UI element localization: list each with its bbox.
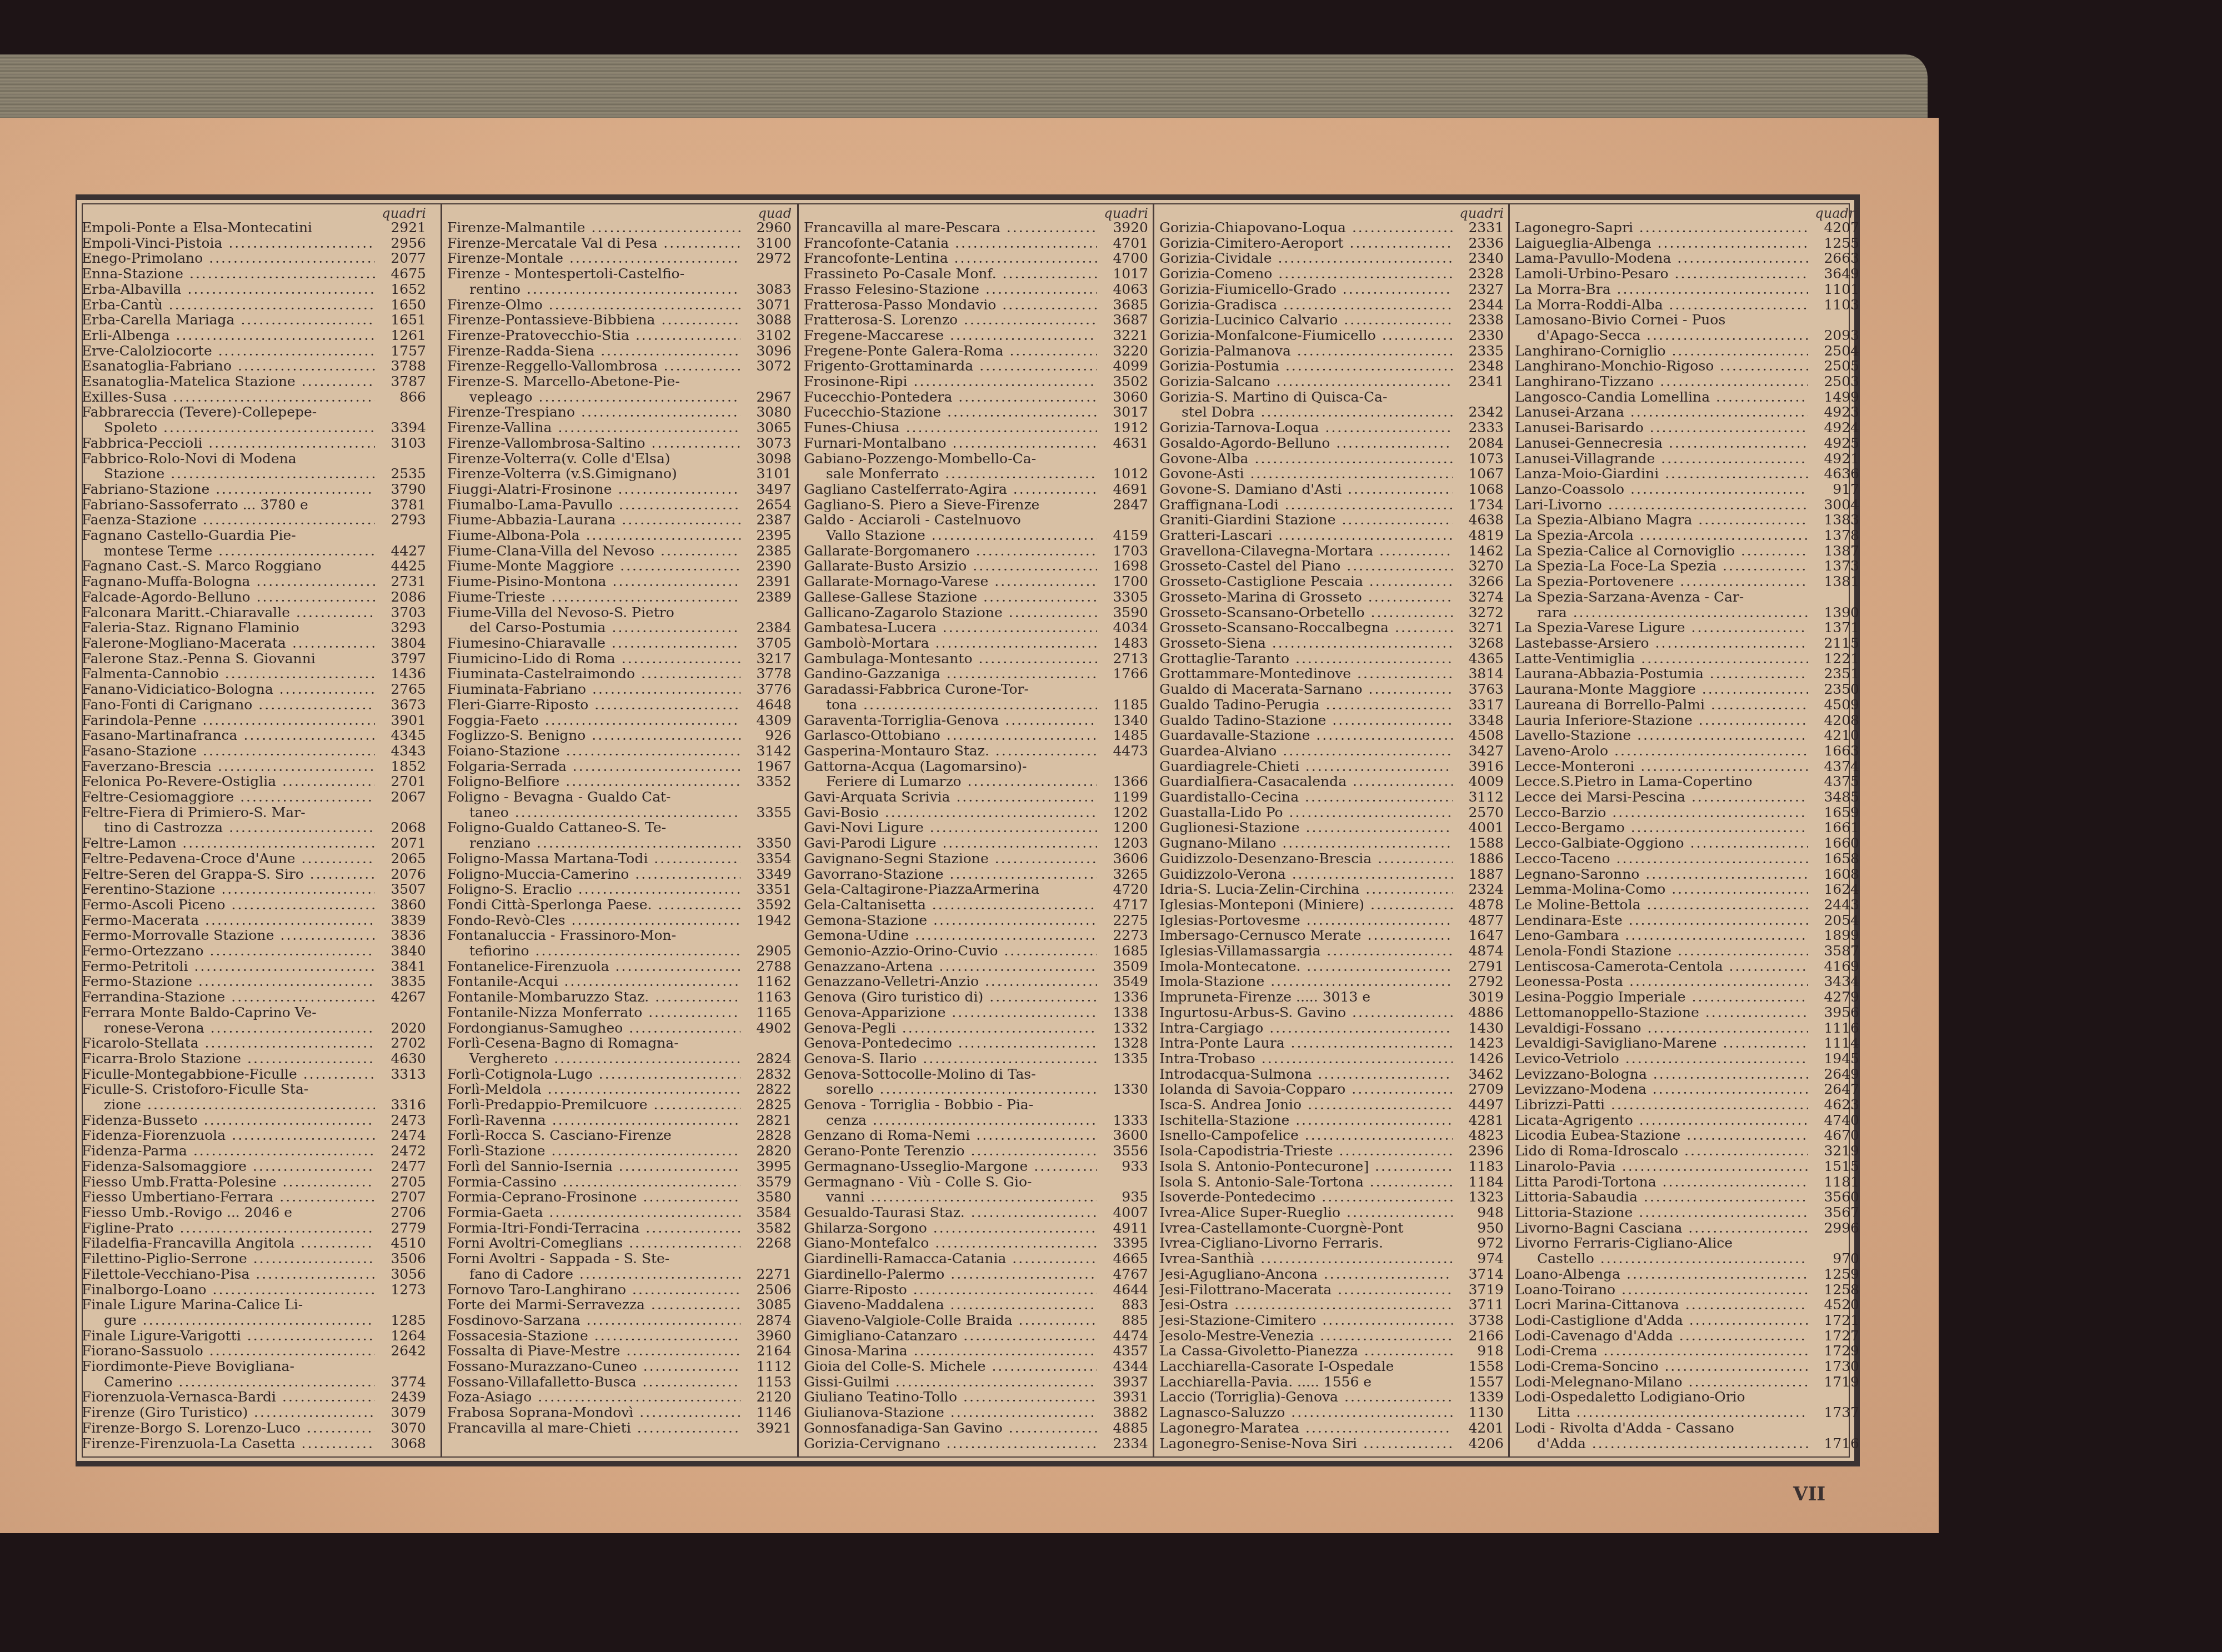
entry-table-number: 2164 [740,1343,795,1359]
index-entry: Lanusei-Villagrande4921 [1515,451,1863,467]
entry-table-number: 2344 [1453,297,1507,313]
entry-table-number: 2334 [1097,1436,1152,1451]
entry-route-name: gure [82,1313,375,1328]
index-entry: Spoleto3394 [82,420,429,435]
index-entry: Guardea-Alviano3427 [1159,743,1507,759]
entry-table-number: 2120 [740,1389,795,1405]
entry-table-number: 3814 [1453,666,1507,682]
index-entry: Forni Avoltri-Comeglians2268 [447,1235,795,1251]
index-entry: Ischitella-Stazione4281 [1159,1113,1507,1128]
page-stack-edges [0,54,1928,122]
index-entry: Fidenza-Salsomaggiore2477 [82,1159,429,1174]
entry-route-name: Fossacesia-Stazione [447,1328,740,1344]
entry-table-number: 4345 [375,728,429,743]
entry-table-number: 2821 [740,1113,795,1128]
entry-route-name: Erve-Calolziocorte [82,343,375,359]
index-entry: Isnello-Campofelice4823 [1159,1128,1507,1143]
index-entry: Ficarolo-Stellata2702 [82,1035,429,1051]
entry-route-name: Gorizia-Chiapovano-Loqua [1159,220,1453,236]
index-entry: Imola-Stazione2792 [1159,974,1507,989]
entry-route-name: Furnari-Montalbano [804,435,1097,451]
entry-table-number: 3901 [375,713,429,728]
entry-route-name: Foglizzo-S. Benigno [447,728,740,743]
entry-route-name: Livorno Ferraris-Cigliano-Alice [1515,1235,1808,1251]
entry-route-name: Fratterosa-Passo Mondavio [804,297,1097,313]
entry-route-name: fano di Cadore [447,1266,740,1282]
entry-route-name: Fiorenzuola-Vernasca-Bardi [82,1389,375,1405]
entry-route-name: Ghilarza-Sorgono [804,1220,1097,1236]
index-entry: Firenze-Pratovecchio-Stia3102 [447,328,795,343]
entry-table-number: 3265 [1097,867,1152,882]
index-entry: Gorizia-Gradisca2344 [1159,297,1507,313]
entry-table-number: 3080 [740,404,795,420]
index-entry: Fiume-Abbazia-Laurana2387 [447,512,795,528]
entry-table-number: 1181 [1808,1174,1863,1190]
entry-route-name: Fiorano-Sassuolo [82,1343,375,1359]
index-entry: Graniti-Giardini Stazione4638 [1159,512,1507,528]
entry-table-number: 1330 [1097,1082,1152,1097]
entry-route-name: Laureana di Borrello-Palmi [1515,697,1808,713]
index-entry: Fregene-Ponte Galera-Roma3220 [804,343,1152,359]
index-entry: Gualdo Tadino-Stazione3348 [1159,713,1507,728]
entry-route-name: Fontanile-Mombaruzzo Staz. [447,989,740,1005]
entry-table-number: 2350 [1808,682,1863,697]
index-entry: Giaveno-Maddalena883 [804,1297,1152,1313]
entry-table-number: 1557 [1453,1374,1507,1390]
index-column-4: quadri Gorizia-Chiapovano-Loqua2331Goriz… [1159,207,1507,1451]
entry-route-name: Lodi-Cavenago d'Adda [1515,1328,1808,1344]
entry-table-number: 3220 [1097,343,1152,359]
entry-route-name: Forlì-Ravenna [447,1113,740,1128]
index-entry: Guidizzolo-Verona1887 [1159,867,1507,882]
index-entry: Formia-Itri-Fondi-Terracina3582 [447,1220,795,1236]
index-entry-continued: Foligno - Bevagna - Gualdo Cat- [447,789,795,805]
index-entry: Fontanile-Mombaruzzo Staz.1163 [447,989,795,1005]
index-entry: Jesi-Ostra3711 [1159,1297,1507,1313]
index-entry-continued: Fabbrareccia (Tevere)-Collepepe- [82,404,429,420]
entry-route-name: Fleri-Giarre-Riposto [447,697,740,713]
entry-route-name: Licodia Eubea-Stazione [1515,1128,1808,1143]
index-entry: Lemma-Molina-Como1624 [1515,882,1863,897]
entry-route-name: Fermo-Ascoli Piceno [82,897,375,913]
entry-route-name: Foligno - Bevagna - Gualdo Cat- [447,789,740,805]
index-entry: Formia-Ceprano-Frosinone3580 [447,1189,795,1205]
entry-route-name: Firenze-Montale [447,251,740,266]
entry-route-name: Giaveno-Valgiole-Colle Braida [804,1313,1097,1328]
index-entry: Fossacesia-Stazione3960 [447,1328,795,1344]
index-entry: Gesualdo-Taurasi Staz.4007 [804,1205,1152,1220]
entry-route-name: Gissi-Guilmi [804,1374,1097,1390]
entry-route-name: Feltre-Fiera di Primiero-S. Mar- [82,805,375,820]
index-entry: Foza-Asiago2120 [447,1389,795,1405]
index-entry: Falerone-Mogliano-Macerata3804 [82,635,429,651]
entry-route-name: Imbersago-Cernusco Merate [1159,928,1453,943]
entry-route-name: Giano-Montefalco [804,1235,1097,1251]
entry-route-name: Genazzano-Artena [804,959,1097,974]
index-entry: Frasso Felesino-Stazione4063 [804,282,1152,297]
index-entry: Erba-Cantù1650 [82,297,429,313]
index-entry: Furnari-Montalbano4631 [804,435,1152,451]
entry-table-number: 3096 [740,343,795,359]
entry-route-name: Fossalta di Piave-Mestre [447,1343,740,1359]
index-entry: Grosseto-Marina di Grosseto3274 [1159,589,1507,605]
entry-route-name: Guglionesi-Stazione [1159,820,1453,835]
index-entry: Fagnano-Muffa-Bologna2731 [82,574,429,589]
index-entry: Fontanile-Acqui1162 [447,974,795,989]
entry-table-number: 3100 [740,236,795,251]
index-entry: Gualdo di Macerata-Sarnano3763 [1159,682,1507,697]
index-entry: Lagonegro-Sapri4207 [1515,220,1863,236]
entry-route-name: Forni Avoltri-Comeglians [447,1235,740,1251]
index-entry: Fiumicino-Lido di Roma3217 [447,651,795,667]
index-entry: Fiume-Monte Maggiore2390 [447,558,795,574]
page-number: VII [1793,1483,1825,1505]
index-entry: Ghilarza-Sorgono4911 [804,1220,1152,1236]
entry-route-name: Laurana-Monte Maggiore [1515,682,1808,697]
index-entry: Iglesias-Villamassargia4874 [1159,943,1507,959]
entry-route-name: Gallarate-Mornago-Varese [804,574,1097,589]
entry-route-name: Lagonegro-Maratea [1159,1420,1453,1436]
entry-route-name: Forlì-Meldola [447,1082,740,1097]
entry-list: Lagonegro-Sapri4207Laigueglia-Albenga125… [1515,220,1863,1451]
index-entry: Firenze-Montale2972 [447,251,795,266]
entry-table-number: 2972 [740,251,795,266]
index-entry: Govone-Alba1073 [1159,451,1507,467]
index-entry: Imbersago-Cernusco Merate1647 [1159,928,1507,943]
entry-route-name: Forlì-Cotignola-Lugo [447,1067,740,1082]
index-entry: Forte dei Marmi-Serravezza3085 [447,1297,795,1313]
entry-route-name: Giulianova-Stazione [804,1405,1097,1420]
entry-route-name: Faleria-Staz. Rignano Flaminio [82,620,375,635]
index-entry: Loano-Albenga1259 [1515,1266,1863,1282]
entry-route-name: Ivrea-Santhià [1159,1251,1453,1266]
entry-route-name: Lettomanoppello-Stazione [1515,1005,1808,1020]
entry-route-name: Fontanile-Nizza Monferrato [447,1005,740,1020]
entry-table-number: 3088 [740,312,795,328]
index-entry-continued: Genova - Torriglia - Bobbio - Pia- [804,1097,1152,1113]
index-entry: Castello970 [1515,1251,1863,1266]
index-entry: Faverzano-Brescia1852 [82,759,429,774]
index-entry: Gandino-Gazzaniga1766 [804,666,1152,682]
entry-table-number: 3579 [740,1174,795,1190]
entry-table-number: 3580 [740,1189,795,1205]
index-entry: Gavi-Novi Ligure1200 [804,820,1152,835]
entry-table-number: 3268 [1453,635,1507,651]
entry-table-number: 2020 [375,1020,429,1036]
entry-table-number: 3271 [1453,620,1507,635]
entry-route-name: Gorizia-Postumia [1159,358,1453,374]
entry-route-name: La Spezia-Arcola [1515,528,1808,543]
entry-table-number: 2505 [1808,358,1863,374]
index-entry: Gualdo Tadino-Perugia3317 [1159,697,1507,713]
entry-table-number: 1659 [1808,805,1863,820]
column-divider [797,204,799,1456]
index-entry: Forlì-Cotignola-Lugo2832 [447,1067,795,1082]
index-entry: Finale Ligure-Varigotti1264 [82,1328,429,1344]
entry-route-name: Ficarra-Brolo Stazione [82,1051,375,1067]
index-entry: Fermo-Stazione3835 [82,974,429,989]
entry-table-number: 2793 [375,512,429,528]
entry-route-name: Grosseto-Marina di Grosseto [1159,589,1453,605]
index-entry: Gavi-Parodi Ligure1203 [804,835,1152,851]
index-entry: Gasperina-Montauro Staz.4473 [804,743,1152,759]
index-entry: Litta Parodi-Tortona1181 [1515,1174,1863,1190]
entry-route-name: Fabriano-Stazione [82,482,375,497]
entry-route-name: Falmenta-Cannobio [82,666,375,682]
index-entry: Lecce-Monteroni4374 [1515,759,1863,774]
entry-route-name: Librizzi-Patti [1515,1097,1808,1113]
index-entry: Giaveno-Valgiole-Colle Braida885 [804,1313,1152,1328]
index-entry: Isca-S. Andrea Jonio4497 [1159,1097,1507,1113]
entry-route-name: Fossano-Murazzano-Cuneo [447,1359,740,1374]
entry-route-name: Feltre-Lamon [82,835,375,851]
entry-route-name: Ficulle-Montegabbione-Ficulle [82,1067,375,1082]
entry-route-name: Francavilla al mare-Chieti [447,1420,740,1436]
entry-table-number: 3101 [740,466,795,482]
entry-table-number: 1588 [1453,835,1507,851]
entry-table-number: 1255 [1808,236,1863,251]
entry-list: Firenze-Malmantile2960Firenze-Mercatale … [447,220,795,1436]
entry-table-number: 2336 [1453,236,1507,251]
entry-route-name: Finalborgo-Loano [82,1282,375,1298]
entry-table-number: 2086 [375,589,429,605]
entry-table-number: 3556 [1097,1143,1152,1159]
index-entry: Frassineto Po-Casale Monf.1017 [804,266,1152,282]
entry-table-number: 1273 [375,1282,429,1298]
entry-table-number: 2709 [1453,1082,1507,1097]
entry-table-number: 3763 [1453,682,1507,697]
entry-route-name: Lemma-Molina-Como [1515,882,1808,897]
index-entry: Langhirano-Tizzano2503 [1515,374,1863,389]
entry-route-name: Grosseto-Castiglione Pescaia [1159,574,1453,589]
entry-table-number: 1423 [1453,1035,1507,1051]
index-entry: Gorizia-Chiapovano-Loqua2331 [1159,220,1507,236]
entry-route-name: Fiumalbo-Lama-Pavullo [447,497,740,513]
entry-table-number: 2705 [375,1174,429,1190]
entry-table-number: 3073 [740,435,795,451]
column-header-quadri: quadri [804,207,1152,220]
index-entry: Fornovo Taro-Langhirano2506 [447,1282,795,1298]
entry-route-name: Verghereto [447,1051,740,1067]
entry-table-number: 1663 [1808,743,1863,759]
entry-table-number: 3882 [1097,1405,1152,1420]
entry-route-name: Erba-Carella Mariaga [82,312,375,328]
index-entry: Gambolò-Mortara1483 [804,635,1152,651]
entry-table-number: 1436 [375,666,429,682]
entry-table-number: 1116 [1808,1020,1863,1036]
entry-route-name: Littoria-Stazione [1515,1205,1808,1220]
entry-table-number: 2706 [375,1205,429,1220]
entry-route-name: Iglesias-Portovesme [1159,913,1453,928]
entry-route-name: Gorizia-Comeno [1159,266,1453,282]
entry-route-name: Jesi-Stazione-Cimitero [1159,1313,1453,1328]
index-entry: Lecco-Taceno1658 [1515,851,1863,867]
entry-route-name: tona [804,697,1097,713]
entry-table-number: 1942 [740,913,795,928]
entry-table-number: 3673 [375,697,429,713]
entry-table-number: 1515 [1808,1159,1863,1174]
index-entry: Forlì del Sannio-Isernia3995 [447,1159,795,1174]
index-entry: Germagnano-Usseglio-Margone933 [804,1159,1152,1174]
entry-route-name: Fontanaluccia - Frassinoro-Mon- [447,928,740,943]
entry-table-number: 4001 [1453,820,1507,835]
entry-route-name: Forni Avoltri - Sappada - S. Ste- [447,1251,740,1266]
entry-table-number: 3434 [1808,974,1863,989]
entry-route-name: Isca-S. Andrea Jonio [1159,1097,1453,1113]
entry-route-name: Guardiagrele-Chieti [1159,759,1453,774]
entry-table-number: 4886 [1453,1005,1507,1020]
entry-route-name: Firenze - Montespertoli-Castelfio- [447,266,740,282]
entry-route-name: tefiorino [447,943,740,959]
index-entry: Fanano-Vidiciatico-Bologna2765 [82,682,429,697]
entry-route-name: Genova (Giro turistico di) [804,989,1097,1005]
entry-route-name: Giarre-Riposto [804,1282,1097,1298]
entry-table-number: 2731 [375,574,429,589]
entry-table-number: 1381 [1808,574,1863,589]
index-entry-continued: Firenze - Montespertoli-Castelfio- [447,266,795,282]
entry-table-number: 4207 [1808,220,1863,236]
entry-route-name: Galdo - Acciaroli - Castelnuovo [804,512,1097,528]
entry-table-number: 2788 [740,959,795,974]
entry-route-name: Fasano-Martinafranca [82,728,375,743]
entry-table-number: 3017 [1097,404,1152,420]
index-entry: Linarolo-Pavia1515 [1515,1159,1863,1174]
index-entry: Laveno-Arolo1663 [1515,743,1863,759]
index-entry: del Carso-Postumia2384 [447,620,795,635]
entry-table-number: 3102 [740,328,795,343]
entry-route-name: Genova-Apparizione [804,1005,1097,1020]
entry-table-number: 2340 [1453,251,1507,266]
index-entry: Gavignano-Segni Stazione3606 [804,851,1152,867]
entry-route-name: Empoli-Ponte a Elsa-Montecatini [82,220,375,236]
entry-route-name: Levaldigi-Savigliano-Marene [1515,1035,1808,1051]
index-entry: Fossalta di Piave-Mestre2164 [447,1343,795,1359]
entry-route-name: Forlì-Stazione [447,1143,740,1159]
entry-table-number: 3004 [1808,497,1863,513]
entry-route-name: Gorizia-Palmanova [1159,343,1453,359]
entry-table-number: 3352 [740,774,795,789]
index-entry: Lagonegro-Senise-Nova Siri4206 [1159,1436,1507,1451]
entry-route-name: Fosdinovo-Sarzana [447,1313,740,1328]
index-entry: zione3316 [82,1097,429,1113]
index-entry: Lecce.S.Pietro in Lama-Copertino4375 [1515,774,1863,789]
index-entry: Falerone Staz.-Penna S. Giovanni3797 [82,651,429,667]
index-entry: Erve-Calolziocorte1757 [82,343,429,359]
entry-route-name: Ingurtosu-Arbus-S. Gavino [1159,1005,1453,1020]
index-entry: Fiume-Trieste2389 [447,589,795,605]
index-entry: Firenze-Olmo3071 [447,297,795,313]
entry-route-name: Jesi-Agugliano-Ancona [1159,1266,1453,1282]
entry-table-number: 3835 [375,974,429,989]
entry-table-number: 4034 [1097,620,1152,635]
index-entry: Grosseto-Scansano-Roccalbegna3271 [1159,620,1507,635]
column-divider [1153,204,1154,1456]
index-entry: Ivrea-Alice Super-Rueglio948 [1159,1205,1507,1220]
entry-route-name: Foligno-Gualdo Cattaneo-S. Te- [447,820,740,835]
index-entry: Levico-Vetriolo1945 [1515,1051,1863,1067]
index-entry: Gimigliano-Catanzaro4474 [804,1328,1152,1344]
index-entry: Fontanile-Nizza Monferrato1165 [447,1005,795,1020]
entry-route-name: La Cassa-Givoletto-Pianezza [1159,1343,1453,1359]
entry-table-number: 3703 [375,605,429,620]
index-entry: vanni935 [804,1189,1152,1205]
entry-table-number: 1112 [740,1359,795,1374]
entry-route-name: Gimigliano-Catanzaro [804,1328,1097,1344]
entry-table-number: 4357 [1097,1343,1152,1359]
entry-route-name: Francavilla al mare-Pescara [804,220,1097,236]
index-entry: Gorizia-Lucinico Calvario2338 [1159,312,1507,328]
index-entry: Fidenza-Fiorenzuola2474 [82,1128,429,1143]
entry-route-name: Firenze-Malmantile [447,220,740,236]
entry-route-name: Gorizia-Cividale [1159,251,1453,266]
entry-table-number: 1259 [1808,1266,1863,1282]
entry-route-name: Gavignano-Segni Stazione [804,851,1097,867]
entry-route-name: Fossano-Villafalletto-Busca [447,1374,740,1390]
entry-route-name: Feltre-Cesiomaggiore [82,789,375,805]
entry-route-name: Grosseto-Castel del Piano [1159,558,1453,574]
entry-route-name: Lacchiarella-Pavia. ..... 1556 e [1159,1374,1453,1390]
entry-route-name: Lauria Inferiore-Stazione [1515,713,1808,728]
entry-table-number: 2825 [740,1097,795,1113]
entry-table-number: 1103 [1808,297,1863,313]
entry-route-name: Gosaldo-Agordo-Belluno [1159,435,1453,451]
entry-table-number: 3019 [1453,989,1507,1005]
index-entry: Lanza-Moio-Giardini4636 [1515,466,1863,482]
entry-table-number: 2642 [375,1343,429,1359]
entry-table-number: 1651 [375,312,429,328]
entry-route-name: Vallo Stazione [804,528,1097,543]
index-entry: Iglesias-Portovesme4877 [1159,913,1507,928]
index-entry: Levaldigi-Fossano1116 [1515,1020,1863,1036]
entry-table-number: 3774 [375,1374,429,1390]
entry-table-number: 1338 [1097,1005,1152,1020]
entry-table-number: 2341 [1453,374,1507,389]
entry-route-name: Gandino-Gazzaniga [804,666,1097,682]
entry-route-name: Francofonte-Lentina [804,251,1097,266]
entry-table-number: 2342 [1453,404,1507,420]
entry-table-number: 1912 [1097,420,1152,435]
index-entry: Funes-Chiusa1912 [804,420,1152,435]
entry-route-name: Isola S. Antonio-Pontecurone] [1159,1159,1453,1174]
entry-route-name: Esanatoglia-Matelica Stazione [82,374,375,389]
entry-table-number: 3860 [375,897,429,913]
entry-table-number: 1101 [1808,282,1863,297]
entry-route-name: Foiano-Stazione [447,743,740,759]
index-entry: Littoria-Sabaudia3560 [1515,1189,1863,1205]
entry-table-number: 1734 [1453,497,1507,513]
entry-table-number: 950 [1453,1220,1507,1236]
entry-route-name: La Spezia-Albiano Magra [1515,512,1808,528]
entry-route-name: Frosinone-Ripi [804,374,1097,389]
entry-table-number: 1703 [1097,543,1152,559]
entry-route-name: Lastebasse-Arsiero [1515,635,1808,651]
entry-table-number: 2570 [1453,805,1507,820]
entry-route-name: Lodi-Ospedaletto Lodigiano-Orio [1515,1389,1808,1405]
index-entry-continued: La Spezia-Sarzana-Avenza - Car- [1515,589,1863,605]
entry-table-number: 4720 [1097,882,1152,897]
entry-table-number: 3068 [375,1436,429,1451]
index-entry: Filadelfia-Francavilla Angitola4510 [82,1235,429,1251]
entry-route-name: Lanusei-Gennecresia [1515,435,1808,451]
entry-table-number: 2713 [1097,651,1152,667]
index-entry: d'Apago-Secca2093 [1515,328,1863,343]
index-entry: Leno-Gambara1899 [1515,928,1863,943]
entry-table-number: 1624 [1808,882,1863,897]
entry-route-name: Intra-Ponte Laura [1159,1035,1453,1051]
entry-table-number: 1067 [1453,466,1507,482]
entry-route-name: Lanusei-Arzana [1515,404,1808,420]
entry-table-number: 3937 [1097,1374,1152,1390]
